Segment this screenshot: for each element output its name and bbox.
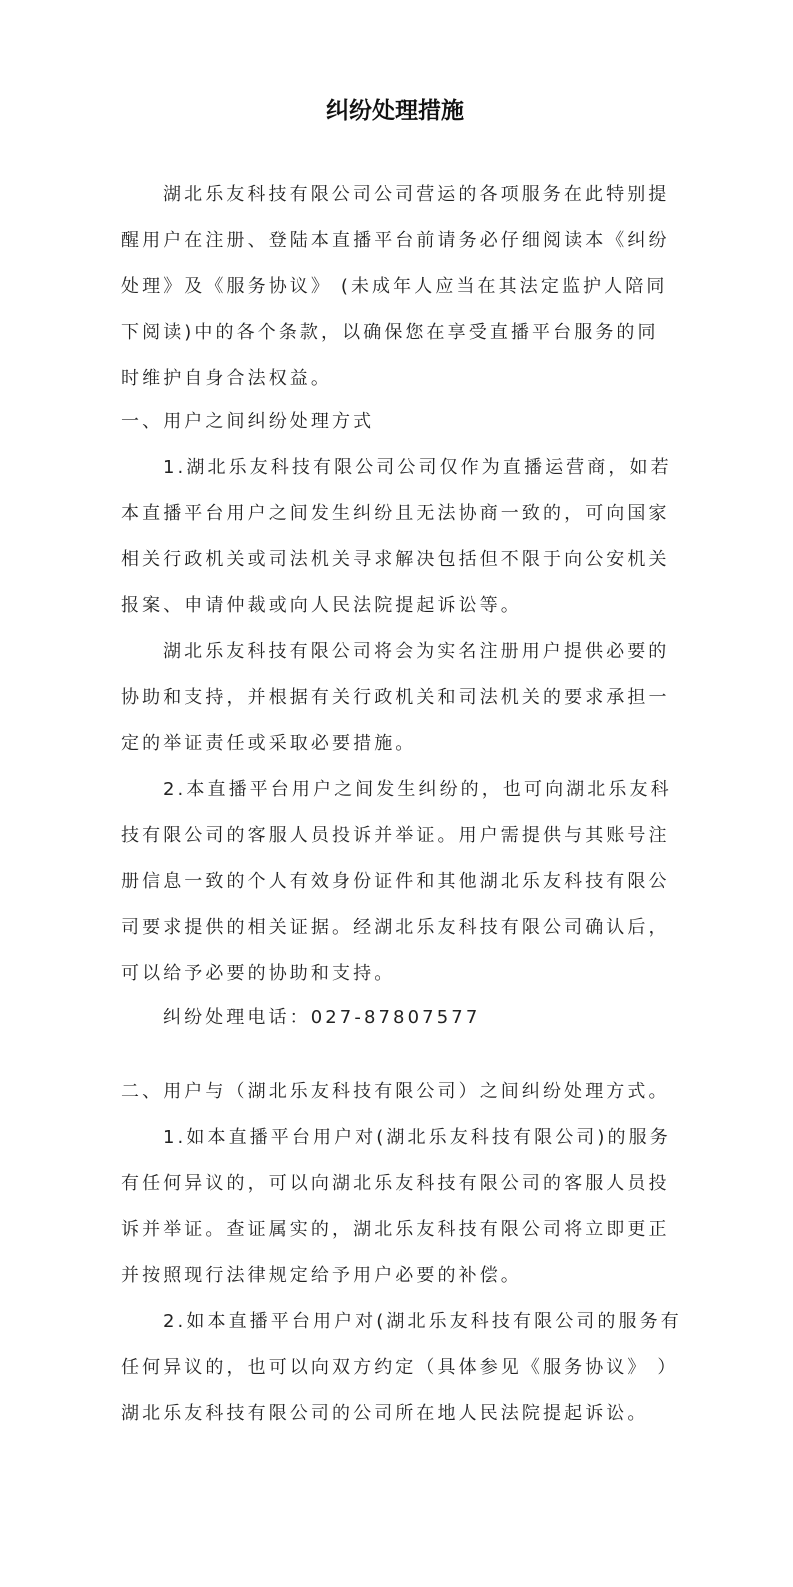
- section-heading: 一、用户之间纠纷处理方式: [121, 410, 669, 456]
- paragraph-line: 1.如本直播平台用户对(湖北乐友科技有限公司)的服务: [121, 1126, 711, 1172]
- paragraph-line: 本直播平台用户之间发生纠纷且无法协商一致的，可向国家: [121, 502, 669, 548]
- paragraph-line: 任何异议的，也可以向双方约定（具体参见《服务协议》 ）: [121, 1356, 669, 1402]
- paragraph-line: 报案、申请仲裁或向人民法院提起诉讼等。: [121, 594, 669, 640]
- paragraph-line: 并按照现行法律规定给予用户必要的补偿。: [121, 1264, 669, 1310]
- paragraph-line: 处理》及《服务协议》 (未成年人应当在其法定监护人陪同: [121, 275, 669, 321]
- paragraph-line: 可以给予必要的协助和支持。: [121, 962, 669, 1008]
- paragraph-line: 有任何异议的，可以向湖北乐友科技有限公司的客服人员投: [121, 1172, 669, 1218]
- paragraph-line: 下阅读)中的各个条款，以确保您在享受直播平台服务的同: [121, 321, 669, 367]
- paragraph-line: 醒用户在注册、登陆本直播平台前请务必仔细阅读本《纠纷: [121, 229, 669, 275]
- paragraph-line: 相关行政机关或司法机关寻求解决包括但不限于向公安机关: [121, 548, 669, 594]
- dispute-phone-line: 纠纷处理电话：027-87807577: [121, 1006, 711, 1052]
- paragraph-line: 2.本直播平台用户之间发生纠纷的，也可向湖北乐友科: [121, 778, 711, 824]
- paragraph-line: 司要求提供的相关证据。经湖北乐友科技有限公司确认后，: [121, 916, 669, 962]
- paragraph-line: 湖北乐友科技有限公司的公司所在地人民法院提起诉讼。: [121, 1402, 669, 1448]
- paragraph-line: 定的举证责任或采取必要措施。: [121, 732, 669, 778]
- paragraph-line: 册信息一致的个人有效身份证件和其他湖北乐友科技有限公: [121, 870, 669, 916]
- paragraph-line: 湖北乐友科技有限公司公司营运的各项服务在此特别提: [121, 183, 711, 229]
- paragraph-line: 协助和支持，并根据有关行政机关和司法机关的要求承担一: [121, 686, 669, 732]
- paragraph-line: 时维护自身合法权益。: [121, 367, 669, 413]
- paragraph-line: 技有限公司的客服人员投诉并举证。用户需提供与其账号注: [121, 824, 669, 870]
- section-heading: 二、用户与（湖北乐友科技有限公司）之间纠纷处理方式。: [121, 1080, 669, 1126]
- paragraph-line: 2.如本直播平台用户对(湖北乐友科技有限公司的服务有: [121, 1310, 711, 1356]
- paragraph-line: 湖北乐友科技有限公司将会为实名注册用户提供必要的: [121, 640, 711, 686]
- paragraph-line: 1.湖北乐友科技有限公司公司仅作为直播运营商，如若: [121, 456, 711, 502]
- document-title: 纠纷处理措施: [121, 92, 669, 125]
- paragraph-line: 诉并举证。查证属实的，湖北乐友科技有限公司将立即更正: [121, 1218, 669, 1264]
